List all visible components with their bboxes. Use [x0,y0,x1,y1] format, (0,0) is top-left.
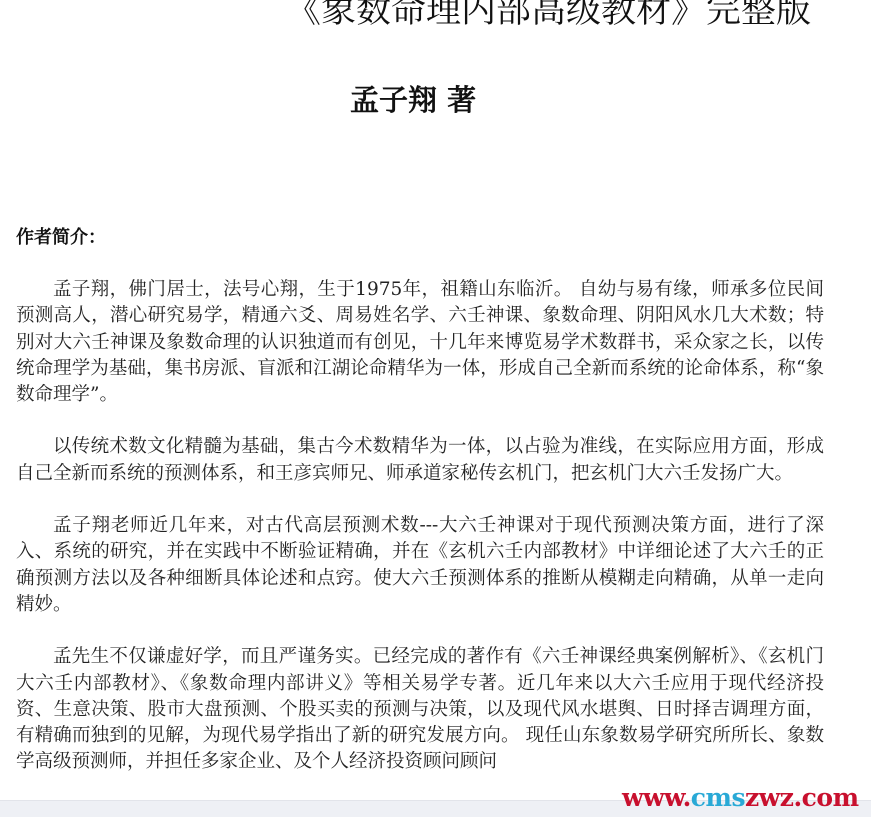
watermark-www: www [622,783,683,812]
paragraph-3: 孟子翔老师近几年来，对古代高层预测术数---大六壬神课对于现代预测决策方面，进行… [16,513,824,618]
document-title: 《象数命理内部高级教材》完整版 [286,0,846,31]
document-body: 孟子翔，佛门居士，法号心翔，生于1975年，祖籍山东临沂。 自幼与易有缘，师承多… [16,277,824,802]
section-heading-author-intro: 作者简介： [16,226,106,250]
watermark-dot: . [683,783,691,812]
watermark-cms: cms [691,783,745,812]
paragraph-4: 孟先生不仅谦虚好学，而且严谨务实。已经完成的著作有《六壬神课经典案例解析》、《玄… [16,644,824,775]
site-watermark: www.cmszwz.com [622,784,859,812]
paragraph-2: 以传统术数文化精髓为基础，集古今术数精华为一体，以占验为准线，在实际应用方面，形… [16,434,824,487]
watermark-com: com [802,783,859,812]
watermark-dot: . [793,783,801,812]
author-line: 孟子翔 著 [350,82,476,118]
paragraph-1: 孟子翔，佛门居士，法号心翔，生于1975年，祖籍山东临沂。 自幼与易有缘，师承多… [16,277,824,408]
watermark-zwz: zwz [745,783,793,812]
